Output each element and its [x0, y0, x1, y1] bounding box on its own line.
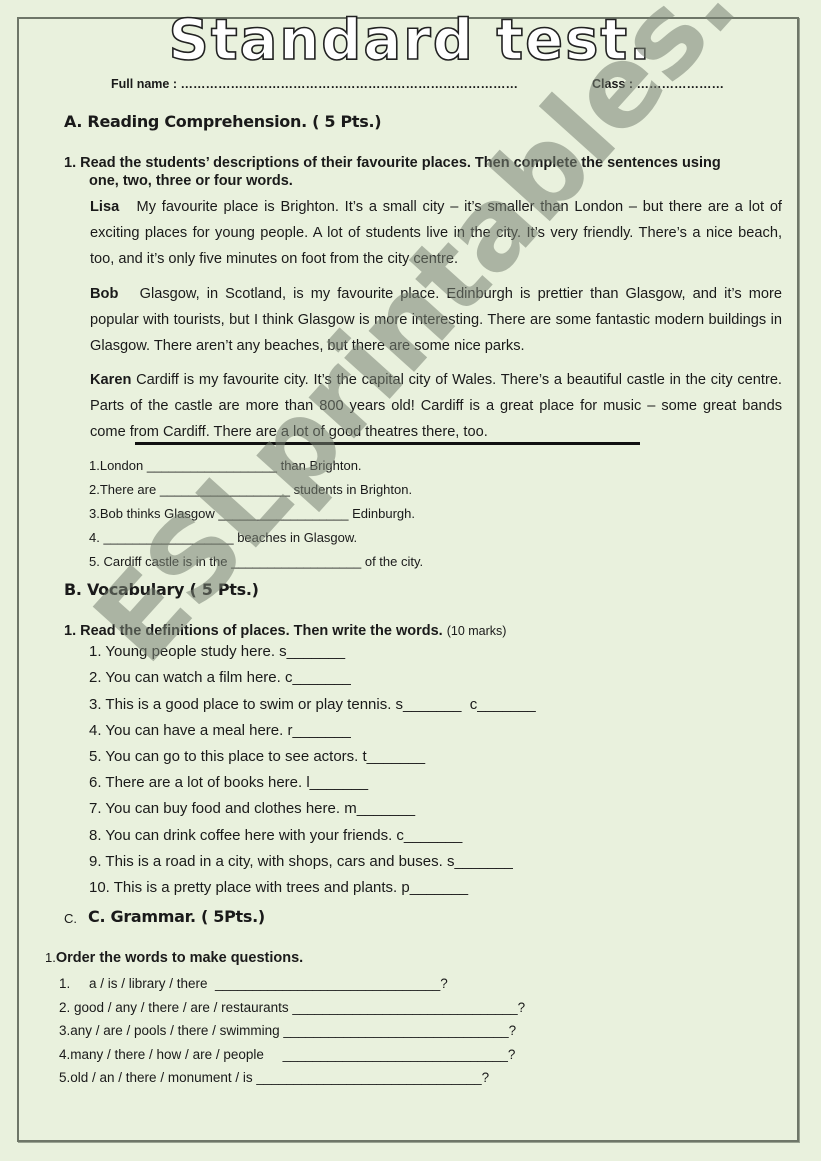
passage-text: Cardiff is my favourite city. It’s the c…	[90, 372, 782, 440]
instruction-line-1: 1. Read the students’ descriptions of th…	[64, 154, 721, 172]
document-title: Standard test.	[0, 10, 821, 72]
class-field[interactable]: Class : …………………	[592, 77, 724, 91]
completion-sentence[interactable]: 4. __________________ beaches in Glasgow…	[89, 530, 357, 545]
section-a-instruction: 1. Read the students’ descriptions of th…	[64, 154, 721, 190]
passage-name: Lisa	[90, 199, 119, 215]
instruction-number: 1.	[45, 950, 56, 965]
section-c-instruction: 1.Order the words to make questions.	[45, 949, 303, 967]
vocab-item[interactable]: 8. You can drink coffee here with your f…	[89, 827, 462, 844]
passage-bob: Bob Glasgow, in Scotland, is my favourit…	[90, 281, 782, 359]
section-a-heading: A. Reading Comprehension. ( 5 Pts.)	[64, 112, 381, 131]
instruction-line-2: one, two, three or four words.	[64, 172, 721, 190]
vocab-item[interactable]: 10. This is a pretty place with trees an…	[89, 879, 468, 896]
vocab-item[interactable]: 6. There are a lot of books here. l_____…	[89, 774, 368, 791]
vocab-item[interactable]: 7. You can buy food and clothes here. m_…	[89, 800, 415, 817]
vocab-item[interactable]: 9. This is a road in a city, with shops,…	[89, 853, 513, 870]
section-b-instruction: 1. Read the definitions of places. Then …	[64, 622, 506, 640]
grammar-item[interactable]: 3.any / are / pools / there / swimming _…	[59, 1023, 516, 1038]
vocab-item[interactable]: 2. You can watch a film here. c_______	[89, 669, 351, 686]
passage-lisa: Lisa My favourite place is Brighton. It’…	[90, 194, 782, 272]
grammar-item[interactable]: 2. good / any / there / are / restaurant…	[59, 1000, 525, 1015]
passage-karen: Karen Cardiff is my favourite city. It’s…	[90, 367, 782, 445]
section-b-heading: B. Vocabulary ( 5 Pts.)	[64, 580, 259, 599]
instruction-text: 1. Read the definitions of places. Then …	[64, 623, 443, 639]
vocab-item[interactable]: 4. You can have a meal here. r_______	[89, 722, 351, 739]
full-name-field[interactable]: Full name : ………………………………………………………………………	[111, 77, 518, 91]
instruction-text: Order the words to make questions.	[56, 950, 303, 966]
completion-sentence[interactable]: 3.Bob thinks Glasgow __________________ …	[89, 506, 415, 521]
completion-sentence[interactable]: 2.There are __________________ students …	[89, 482, 412, 497]
section-c-prefix: C.	[64, 911, 77, 926]
grammar-item[interactable]: 4.many / there / how / are / people ____…	[59, 1047, 515, 1062]
divider-line	[135, 442, 640, 445]
passage-name: Karen	[90, 372, 131, 388]
completion-sentence[interactable]: 1.London __________________ than Brighto…	[89, 458, 362, 473]
vocab-item[interactable]: 1. Young people study here. s_______	[89, 643, 345, 660]
grammar-item[interactable]: 5.old / an / there / monument / is _____…	[59, 1070, 489, 1085]
section-c-heading: C. Grammar. ( 5Pts.)	[88, 907, 265, 926]
vocab-item[interactable]: 5. You can go to this place to see actor…	[89, 748, 425, 765]
completion-sentence[interactable]: 5. Cardiff castle is in the ____________…	[89, 554, 423, 569]
passage-name: Bob	[90, 286, 118, 302]
passage-text: My favourite place is Brighton. It’s a s…	[90, 199, 782, 267]
vocab-item[interactable]: 3. This is a good place to swim or play …	[89, 696, 536, 713]
passage-text: Glasgow, in Scotland, is my favourite pl…	[90, 286, 782, 354]
grammar-item[interactable]: 1. a / is / library / there ____________…	[59, 976, 448, 991]
marks-label: (10 marks)	[447, 624, 507, 638]
